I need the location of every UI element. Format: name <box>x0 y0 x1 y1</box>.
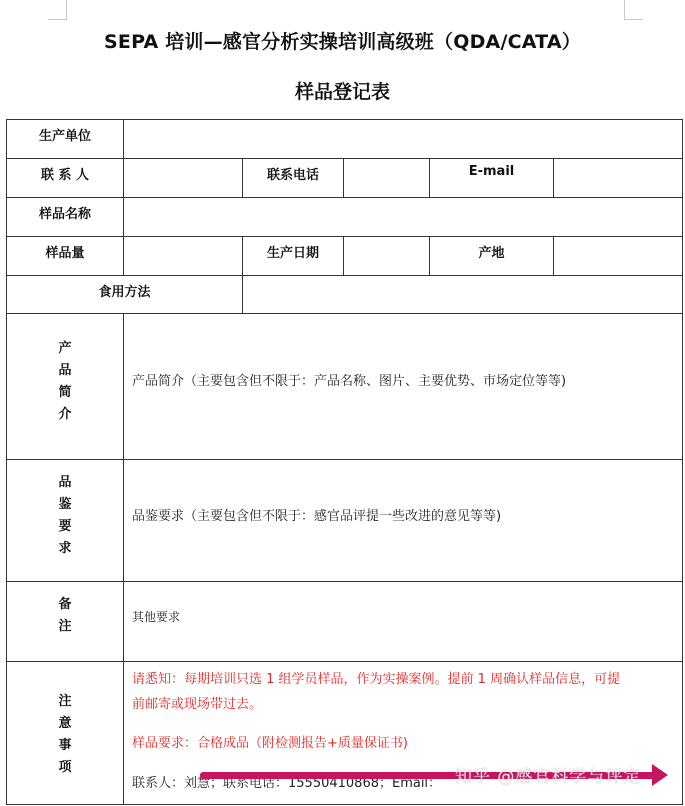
producer-label: 生产单位 <box>7 125 123 144</box>
notes-label: 注 意 事 项 <box>55 691 75 779</box>
intro-field[interactable]: 产品简介（主要包含但不限于：产品名称、图片、主要优势、市场定位等等) <box>123 313 683 460</box>
remarks-label-cell: 备 注 <box>6 581 124 662</box>
producer-field[interactable] <box>123 119 683 159</box>
production-date-field[interactable] <box>343 236 430 276</box>
production-date-label: 生产日期 <box>243 242 343 261</box>
redaction-arrow-icon <box>652 764 668 786</box>
phone-field[interactable] <box>343 158 430 198</box>
usage-field[interactable] <box>242 275 683 314</box>
origin-field[interactable] <box>553 236 683 276</box>
origin-label-cell: 产地 <box>429 236 554 276</box>
email-label-cell: E-mail <box>429 158 554 198</box>
document-title: SEPA 培训—感官分析实操培训高级班（QDA/CATA） <box>0 27 685 54</box>
contact-label-cell: 联 系 人 <box>6 158 124 198</box>
production-date-label-cell: 生产日期 <box>242 236 344 276</box>
email-field[interactable] <box>553 158 683 198</box>
sample-registration-table: 生产单位 联 系 人 联系电话 E-mail 样品名称 样品量 生产日期 产地 … <box>6 119 683 805</box>
document-subtitle: 样品登记表 <box>0 77 685 104</box>
quantity-label-cell: 样品量 <box>6 236 124 276</box>
notes-label-cell: 注 意 事 项 <box>6 661 124 805</box>
page-corner-mark-right <box>624 0 643 20</box>
usage-label: 食用方法 <box>7 281 242 300</box>
tasting-field[interactable]: 品鉴要求（主要包含但不限于：感官品评提一些改进的意见等等) <box>123 459 683 582</box>
producer-label-cell: 生产单位 <box>6 119 124 159</box>
tasting-label-cell: 品 鉴 要 求 <box>6 459 124 582</box>
sample-name-label-cell: 样品名称 <box>6 197 124 237</box>
watermark: 知乎 @感官科学与评定 <box>455 762 641 787</box>
tasting-hint: 品鉴要求（主要包含但不限于：感官品评提一些改进的意见等等) <box>132 505 501 524</box>
notes-line-3: 样品要求：合格成品（附检测报告+质量保证书) <box>132 732 408 751</box>
sample-name-label: 样品名称 <box>7 203 123 222</box>
notes-line-1: 请悉知：每期培训只选 1 组学员样品，作为实操案例。提前 1 周确认样品信息，可… <box>132 668 620 687</box>
contact-field[interactable] <box>123 158 243 198</box>
phone-label: 联系电话 <box>243 164 343 183</box>
usage-label-cell: 食用方法 <box>6 275 243 314</box>
contact-label: 联 系 人 <box>7 164 123 183</box>
remarks-hint: 其他要求 <box>132 608 180 625</box>
quantity-label: 样品量 <box>7 242 123 261</box>
email-label: E-mail <box>430 164 553 179</box>
sample-name-field[interactable] <box>123 197 683 237</box>
page-corner-mark-left <box>48 0 67 20</box>
intro-label-cell: 产 品 简 介 <box>6 313 124 460</box>
quantity-field[interactable] <box>123 236 243 276</box>
remarks-label: 备 注 <box>55 594 75 638</box>
phone-label-cell: 联系电话 <box>242 158 344 198</box>
intro-hint: 产品简介（主要包含但不限于：产品名称、图片、主要优势、市场定位等等) <box>132 370 566 389</box>
intro-label: 产 品 简 介 <box>55 338 75 426</box>
origin-label: 产地 <box>430 242 553 261</box>
tasting-label: 品 鉴 要 求 <box>55 472 75 560</box>
remarks-field[interactable]: 其他要求 <box>123 581 683 662</box>
notes-line-2: 前邮寄或现场带过去。 <box>132 693 262 712</box>
